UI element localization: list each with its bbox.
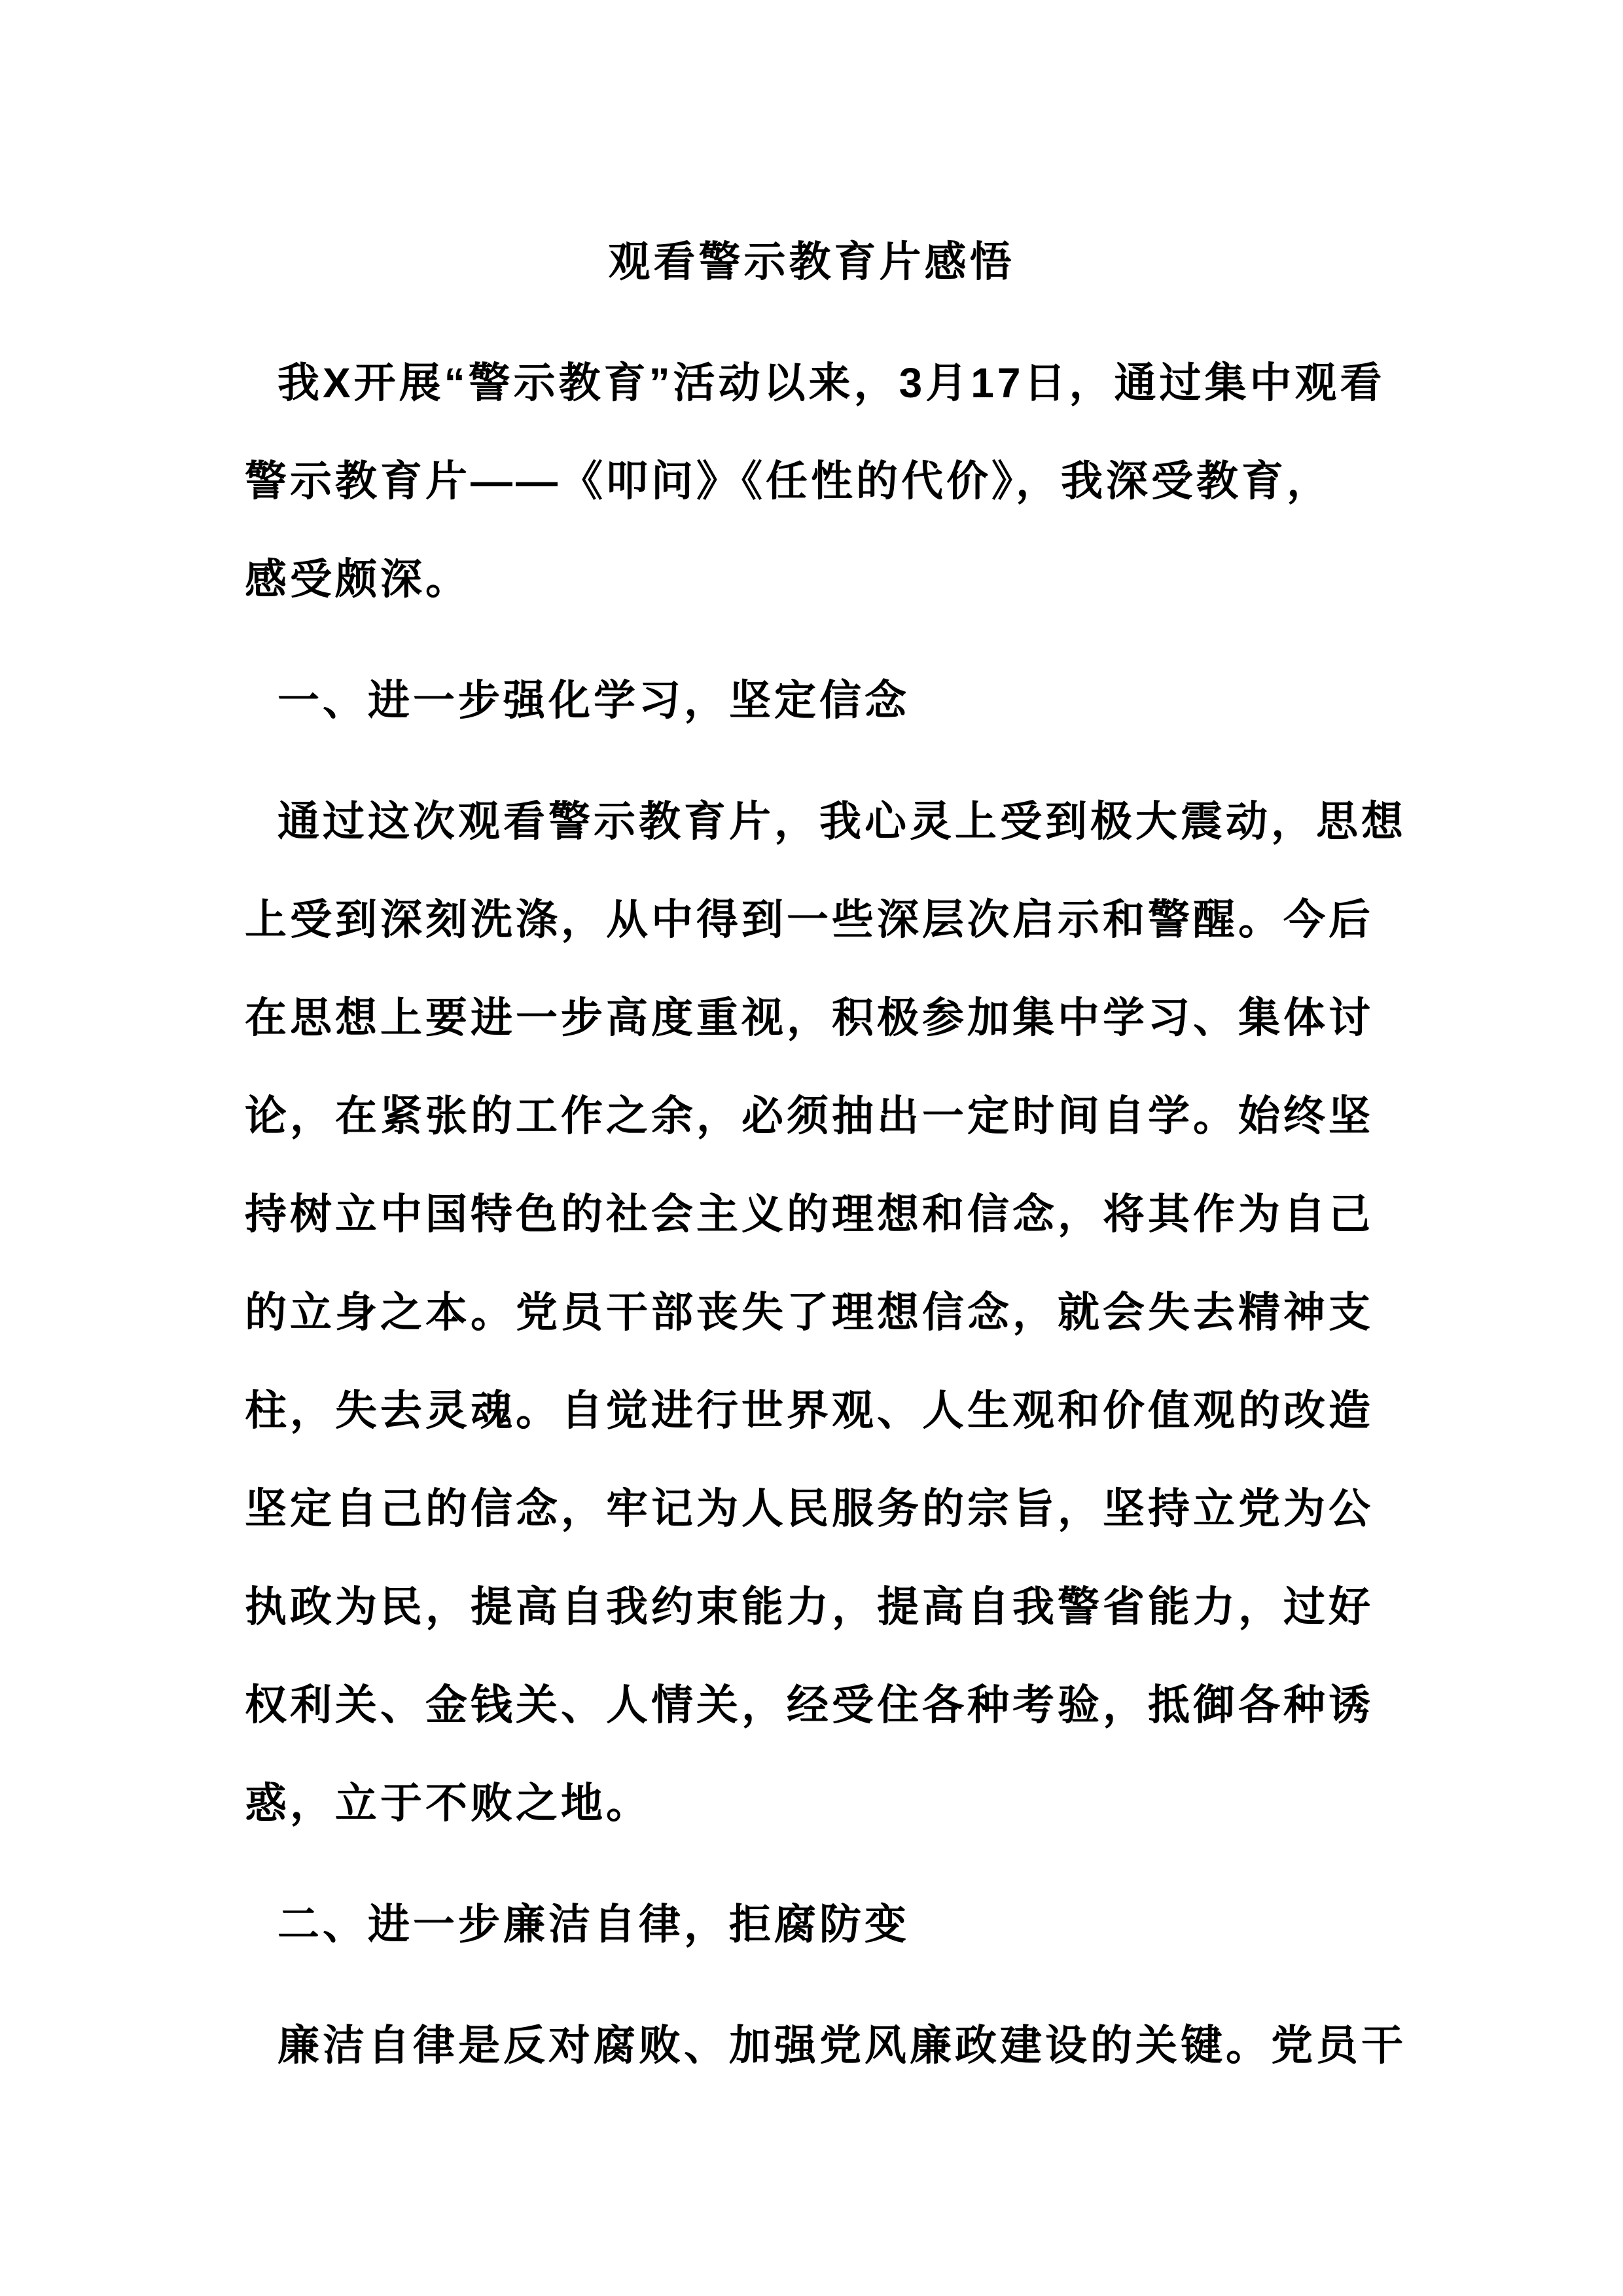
text-line: 观看警示教育片感悟 (245, 213, 1378, 311)
text-line: 惑，立于不败之地。 (245, 1754, 1378, 1852)
text-line: 感受颇深。 (245, 530, 1378, 628)
text-line: 坚定自己的信念，牢记为人民服务的宗旨，坚持立党为公 (245, 1460, 1378, 1558)
body-paragraph: 通过这次观看警示教育片，我心灵上受到极大震动，思想上受到深刻洗涤，从中得到一些深… (245, 772, 1378, 1852)
text-line: 柱，失去灵魂。自觉进行世界观、人生观和价值观的改造 (245, 1361, 1378, 1460)
text-line: 警示教育片——《叩问》《任性的代价》，我深受教育， (245, 432, 1378, 530)
text-line: 在思想上要进一步高度重视，积极参加集中学习、集体讨 (245, 969, 1378, 1067)
section-heading: 二、进一步廉洁自律，拒腐防变 (245, 1875, 1378, 1973)
text-line: 的立身之本。党员干部丧失了理想信念，就会失去精神支 (245, 1263, 1378, 1361)
text-line: 通过这次观看警示教育片，我心灵上受到极大震动，思想 (245, 772, 1378, 870)
section-heading: 一、进一步强化学习，坚定信念 (245, 651, 1378, 749)
document-content: 观看警示教育片感悟我X开展“警示教育”活动以来，3月17日，通过集中观看警示教育… (0, 0, 1623, 2094)
body-paragraph: 廉洁自律是反对腐败、加强党风廉政建设的关键。党员干 (245, 1996, 1378, 2094)
text-line: 一、进一步强化学习，坚定信念 (245, 651, 1378, 749)
document-title: 观看警示教育片感悟 (245, 213, 1378, 311)
body-paragraph: 我X开展“警示教育”活动以来，3月17日，通过集中观看警示教育片——《叩问》《任… (245, 334, 1378, 628)
text-line: 二、进一步廉洁自律，拒腐防变 (245, 1875, 1378, 1973)
document-page: 观看警示教育片感悟我X开展“警示教育”活动以来，3月17日，通过集中观看警示教育… (0, 0, 1623, 2296)
text-line: 廉洁自律是反对腐败、加强党风廉政建设的关键。党员干 (245, 1996, 1378, 2094)
text-line: 持树立中国特色的社会主义的理想和信念，将其作为自己 (245, 1165, 1378, 1263)
text-line: 权利关、金钱关、人情关，经受住各种考验，抵御各种诱 (245, 1656, 1378, 1754)
text-line: 执政为民，提高自我约束能力，提高自我警省能力，过好 (245, 1558, 1378, 1656)
text-line: 论，在紧张的工作之余，必须抽出一定时间自学。始终坚 (245, 1067, 1378, 1165)
text-line: 上受到深刻洗涤，从中得到一些深层次启示和警醒。今后 (245, 870, 1378, 969)
text-line: 我X开展“警示教育”活动以来，3月17日，通过集中观看 (245, 334, 1378, 432)
